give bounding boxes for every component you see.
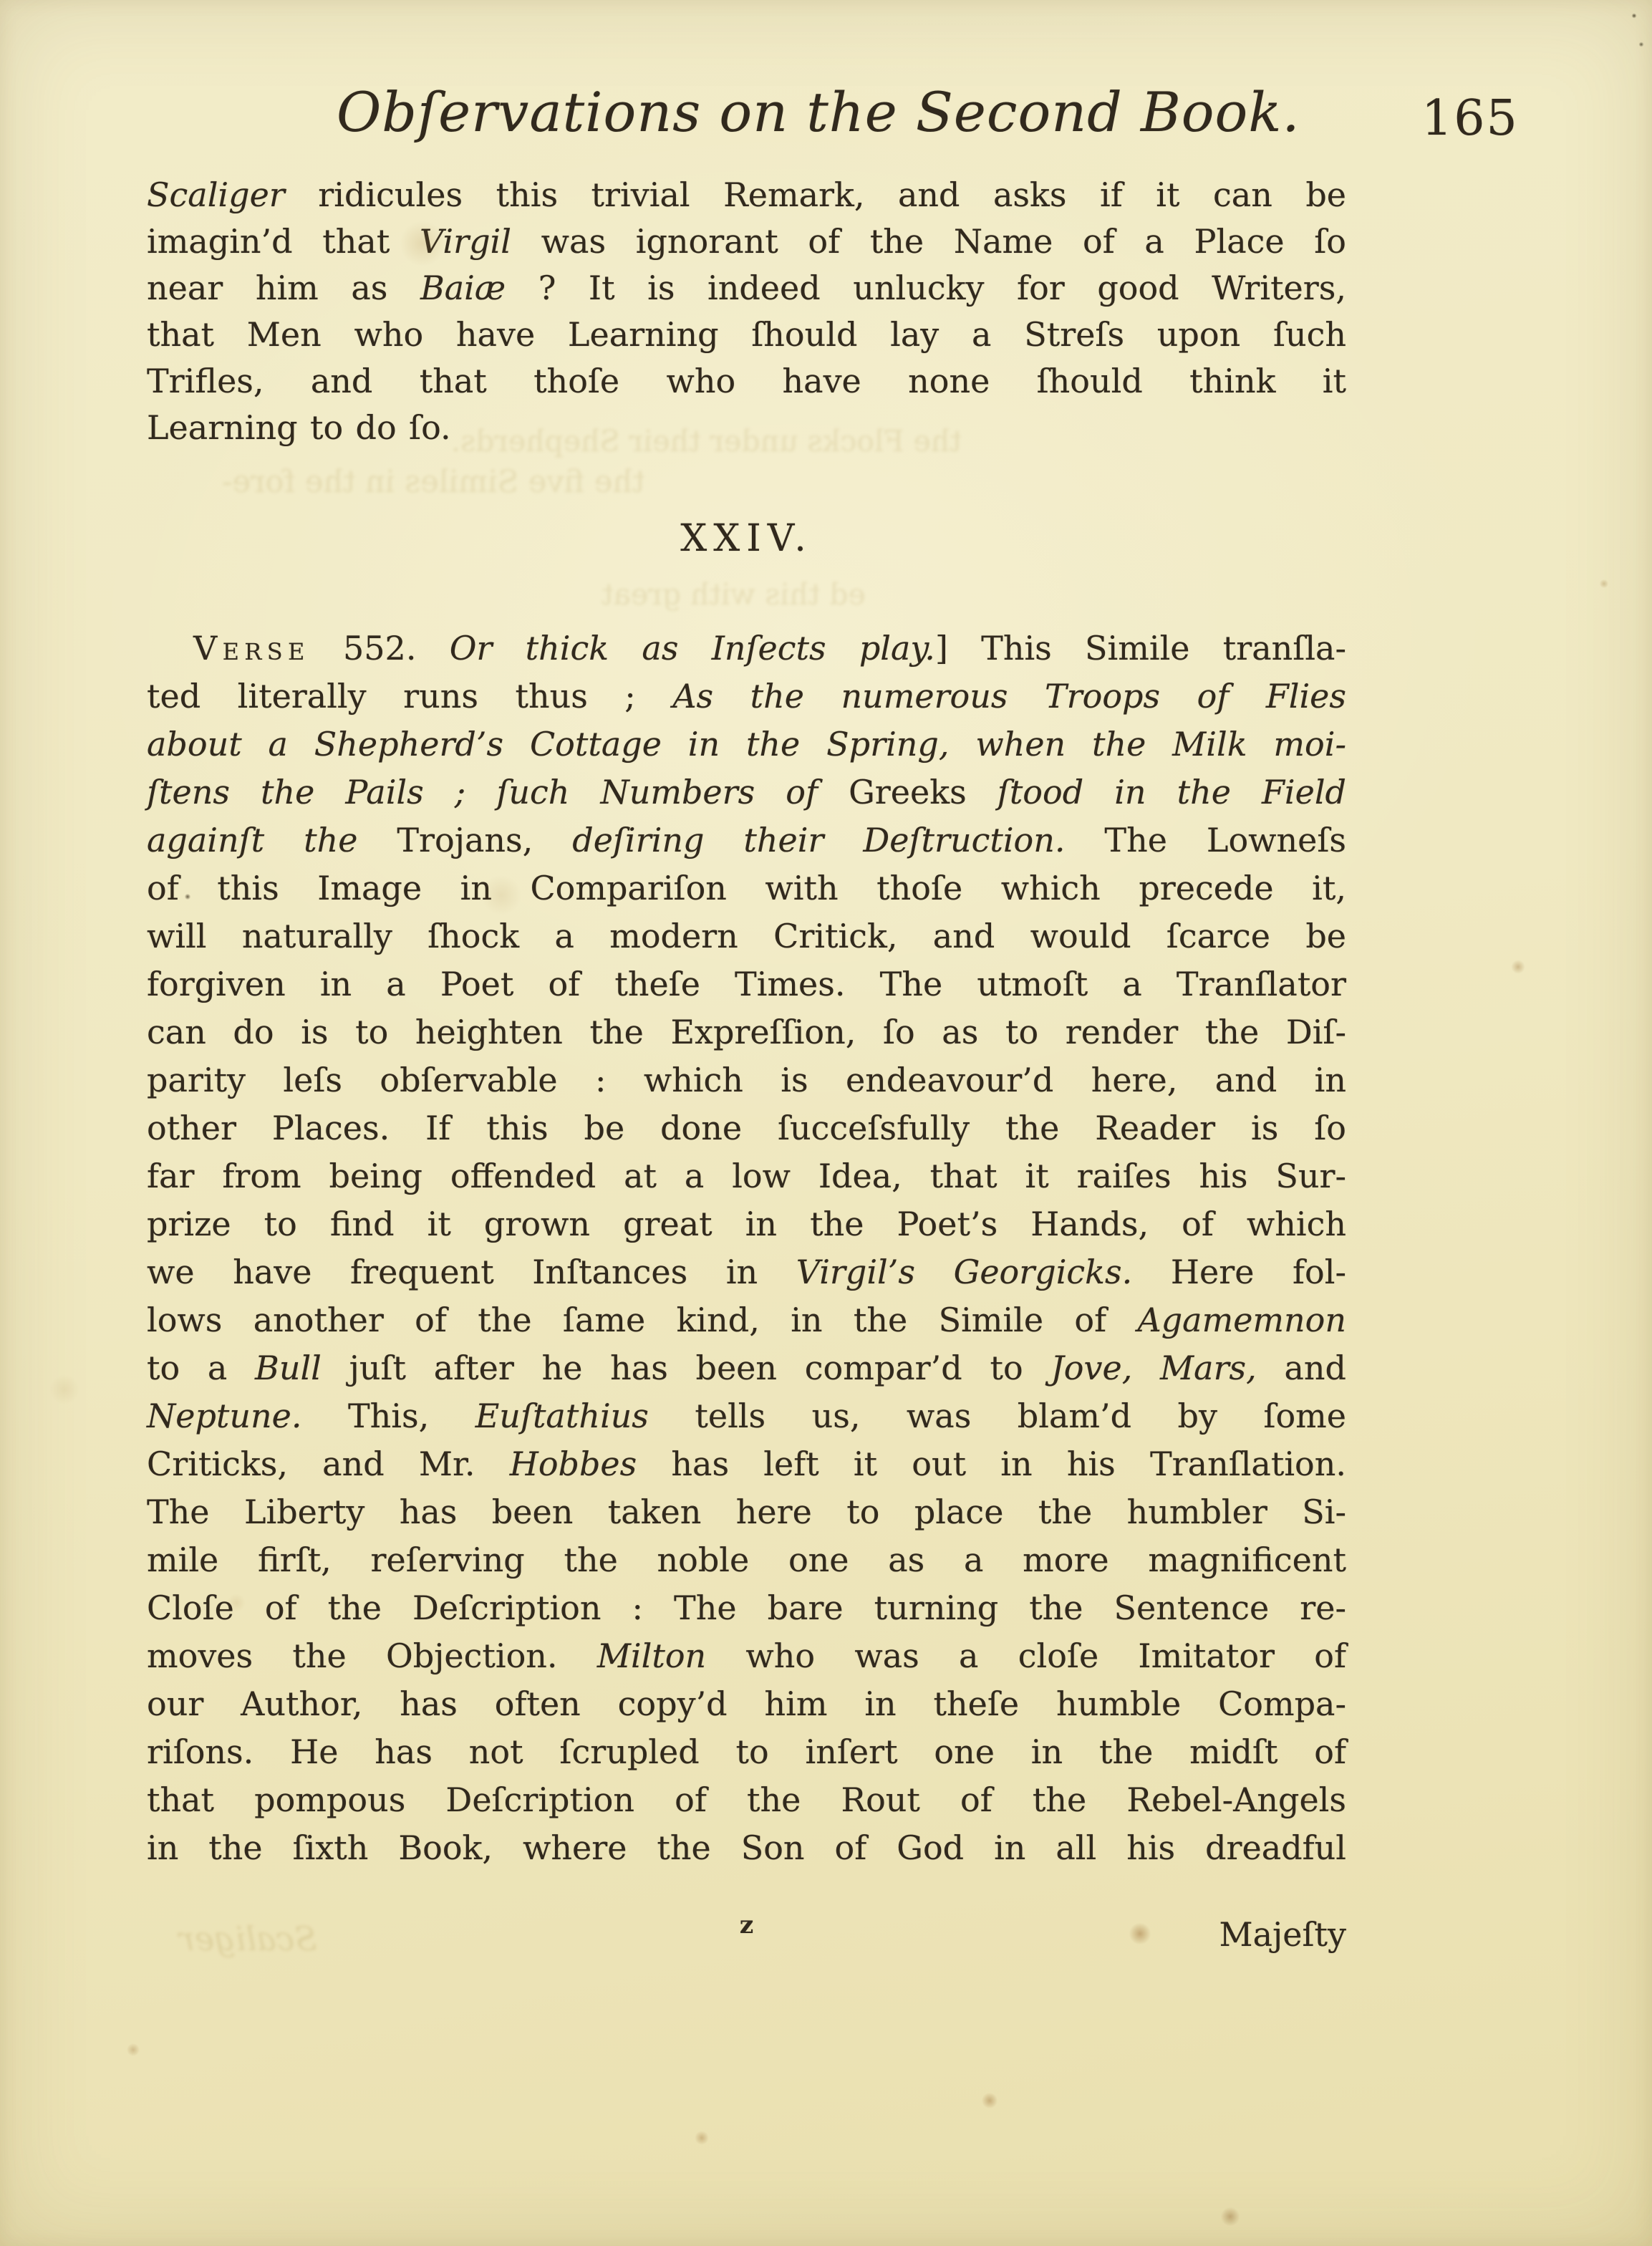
paragraph-scaliger: Scaliger ridicules this trivial Remark, … [147, 172, 1346, 451]
press-figure: z [740, 1911, 753, 1939]
text-line: that pompous Deſcription of the Rout of … [147, 1776, 1346, 1824]
italic-text: Virgil’s Georgicks. [796, 1253, 1132, 1291]
body-text: Criticks, and Mr. [147, 1445, 510, 1483]
text-line: prize to find it grown great in the Poet… [147, 1200, 1346, 1248]
italic-text: Jove, Mars, [1050, 1349, 1256, 1387]
italic-text: deſiring their Deſtruction. [533, 821, 1065, 859]
body-text: Trifles, and that thoſe who have none ſh… [147, 362, 1346, 400]
body-text: tells us, was blam’d by ſome [649, 1397, 1346, 1435]
body-text: was ignorant of the Name of a Place ſo [511, 222, 1346, 261]
text-line: Verse 552. Or thick as Inſects play.] Th… [147, 625, 1346, 673]
text-line: riſons. He has not ſcrupled to inſert on… [147, 1728, 1346, 1776]
italic-text: about a Shepherd’s Cottage in the Spring… [147, 725, 1346, 763]
bleedthrough-text: ed this with great [602, 577, 866, 612]
smallcaps-text: Verse [193, 629, 310, 667]
text-line: againſt the Trojans, deſiring their Deſt… [147, 816, 1346, 864]
body-text: in the ſixth Book, where the Son of God … [147, 1828, 1346, 1867]
body-text: lows another of the ſame kind, in the Si… [147, 1301, 1138, 1339]
italic-text: Euſtathius [475, 1397, 649, 1435]
scanned-book-page: the five Similes in the fore- the Flocks… [0, 0, 1652, 2246]
body-text: to a [147, 1349, 255, 1387]
italic-text: Agamemnon [1138, 1301, 1347, 1339]
body-text: moves the Objection. [147, 1637, 597, 1675]
body-text: 552. [310, 629, 450, 667]
text-line: The Liberty has been taken here to place… [147, 1488, 1346, 1536]
text-line: other Places. If this be done ſucceſsful… [147, 1104, 1346, 1152]
italic-text: Scaliger [147, 175, 285, 214]
body-text: can do is to heighten the Expreſſion, ſo… [147, 1013, 1346, 1051]
text-line: parity leſs obſervable : which is endeav… [147, 1056, 1346, 1104]
text-line: that Men who have Learning ſhould lay a … [147, 312, 1346, 358]
text-line: Cloſe of the Deſcription : The bare turn… [147, 1584, 1346, 1632]
body-text: we have frequent Inſtances in [147, 1253, 796, 1291]
text-line: moves the Objection. Milton who was a cl… [147, 1632, 1346, 1680]
text-line: about a Shepherd’s Cottage in the Spring… [147, 720, 1346, 768]
body-text: who was a cloſe Imitator of [706, 1637, 1346, 1675]
text-line: Trifles, and that thoſe who have none ſh… [147, 358, 1346, 405]
text-line: Criticks, and Mr. Hobbes has left it out… [147, 1440, 1346, 1488]
text-line: far from being offended at a low Idea, t… [147, 1152, 1346, 1200]
body-text: far from being offended at a low Idea, t… [147, 1157, 1346, 1195]
body-text: Greeks [849, 773, 967, 811]
italic-text: Neptune. [147, 1397, 302, 1435]
page-number: 165 [1421, 90, 1519, 147]
body-text: other Places. If this be done ſucceſsful… [147, 1109, 1346, 1147]
text-line: we have frequent Inſtances in Virgil’s G… [147, 1248, 1346, 1296]
body-text: ted literally runs thus ; [147, 677, 672, 715]
text-line: lows another of the ſame kind, in the Si… [147, 1296, 1346, 1344]
text-line: our Author, has often copy’d him in theſ… [147, 1680, 1346, 1728]
paragraph-verse-552: Verse 552. Or thick as Inſects play.] Th… [147, 625, 1346, 1872]
body-text: Trojans, [397, 821, 533, 859]
body-text: Cloſe of the Deſcription : The bare turn… [147, 1589, 1346, 1627]
body-text: riſons. He has not ſcrupled to inſert on… [147, 1732, 1346, 1771]
body-text: juſt after he has been compar’d to [322, 1349, 1050, 1387]
body-text: will naturally ſhock a modern Critick, a… [147, 917, 1346, 955]
text-line: can do is to heighten the Expreſſion, ſo… [147, 1008, 1346, 1056]
italic-text: Baiæ [420, 269, 506, 307]
italic-text: Hobbes [510, 1445, 637, 1483]
text-line: in the ſixth Book, where the Son of God … [147, 1824, 1346, 1872]
italic-text: ſtood in the Field [967, 773, 1346, 811]
body-text: that pompous Deſcription of the Rout of … [147, 1780, 1346, 1819]
body-text: ridicules this trivial Remark, and asks … [285, 175, 1346, 214]
text-line: ſtens the Pails ; ſuch Numbers of Greeks… [147, 768, 1346, 816]
body-text: The Liberty has been taken here to place… [147, 1493, 1346, 1531]
section-heading: XXIV. [147, 517, 1346, 560]
italic-text: Or thick as Inſects play. [450, 629, 935, 667]
body-text: imagin’d that [147, 222, 420, 261]
italic-text: againſt the [147, 821, 397, 859]
page-footer: z Majeſty [147, 1905, 1346, 1984]
italic-text: Bull [255, 1349, 322, 1387]
text-line: Scaliger ridicules this trivial Remark, … [147, 172, 1346, 218]
text-line: ted literally runs thus ; As the numerou… [147, 673, 1346, 720]
text-line: to a Bull juſt after he has been compar’… [147, 1344, 1346, 1392]
italic-text: Milton [597, 1637, 706, 1675]
running-title: Obſervations on the Second Book. [337, 80, 1300, 144]
text-line: imagin’d that Virgil was ignorant of the… [147, 218, 1346, 265]
body-text: near him as [147, 269, 420, 307]
text-line: Neptune. This, Euſtathius tells us, was … [147, 1392, 1346, 1440]
body-text: mile firſt, reſerving the noble one as a… [147, 1541, 1346, 1579]
body-text: our Author, has often copy’d him in theſ… [147, 1684, 1346, 1723]
body-text: and [1257, 1349, 1346, 1387]
catchword: Majeſty [1219, 1915, 1346, 1954]
body-text: has left it out in his Tranſlation. [637, 1445, 1346, 1483]
text-line: of this Image in Compariſon with thoſe w… [147, 864, 1346, 912]
body-text: that Men who have Learning ſhould lay a … [147, 315, 1346, 354]
body-text: Learning to do ſo. [147, 408, 451, 447]
text-line: Learning to do ſo. [147, 405, 1346, 451]
body-text: The Lowneſs [1065, 821, 1346, 859]
body-text: ] This Simile tranſla- [935, 629, 1346, 667]
body-text: of this Image in Compariſon with thoſe w… [147, 869, 1346, 907]
body-text: parity leſs obſervable : which is endeav… [147, 1061, 1346, 1099]
italic-text: Virgil [420, 222, 511, 261]
italic-text: As the numerous Troops of Flies [672, 677, 1346, 715]
body-text: Here fol- [1132, 1253, 1346, 1291]
body-text: prize to find it grown great in the Poet… [147, 1205, 1346, 1243]
italic-text: ſtens the Pails ; ſuch Numbers of [147, 773, 849, 811]
bleedthrough-text: the five Similes in the fore- [222, 464, 644, 500]
body-text: forgiven in a Poet of theſe Times. The u… [147, 965, 1346, 1003]
text-line: forgiven in a Poet of theſe Times. The u… [147, 960, 1346, 1008]
text-line: near him as Baiæ ? It is indeed unlucky … [147, 265, 1346, 312]
text-line: will naturally ſhock a modern Critick, a… [147, 912, 1346, 960]
text-line: mile firſt, reſerving the noble one as a… [147, 1536, 1346, 1584]
body-text: This, [302, 1397, 475, 1435]
body-text: ? It is indeed unlucky for good Writers, [506, 269, 1346, 307]
